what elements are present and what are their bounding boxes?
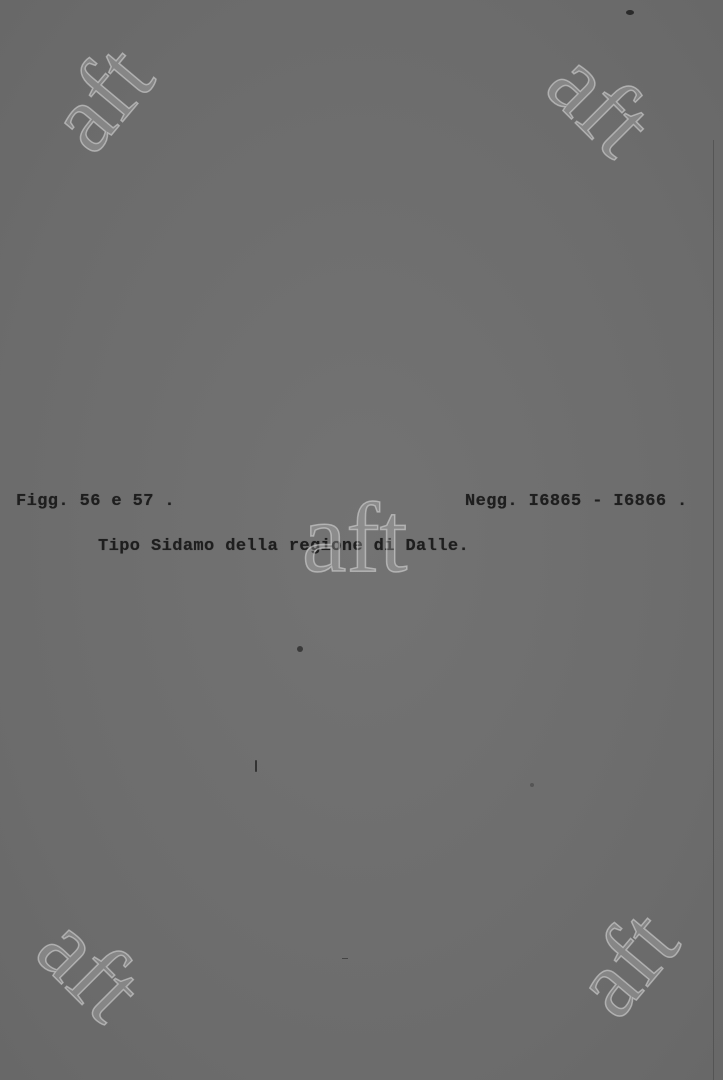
watermark-bottom-left: aft — [21, 898, 160, 1037]
photo-caption: Tipo Sidamo della regione di Dalle. — [98, 537, 469, 556]
dust-speck — [297, 646, 303, 652]
dust-speck — [626, 10, 634, 15]
watermark-top-left: aft — [31, 28, 170, 167]
negative-reference: Negg. I6865 - I6866 . — [465, 492, 688, 511]
dust-speck — [342, 958, 348, 959]
archival-card: aft aft aft aft Figg. 56 e 57 . Negg. I6… — [0, 0, 723, 1080]
dust-speck — [255, 760, 257, 772]
watermark-top-right: aft — [531, 33, 670, 172]
card-edge-line — [713, 140, 714, 1080]
figure-reference: Figg. 56 e 57 . — [16, 492, 175, 511]
watermark-bottom-right: aft — [556, 893, 695, 1032]
dust-speck — [530, 783, 534, 787]
